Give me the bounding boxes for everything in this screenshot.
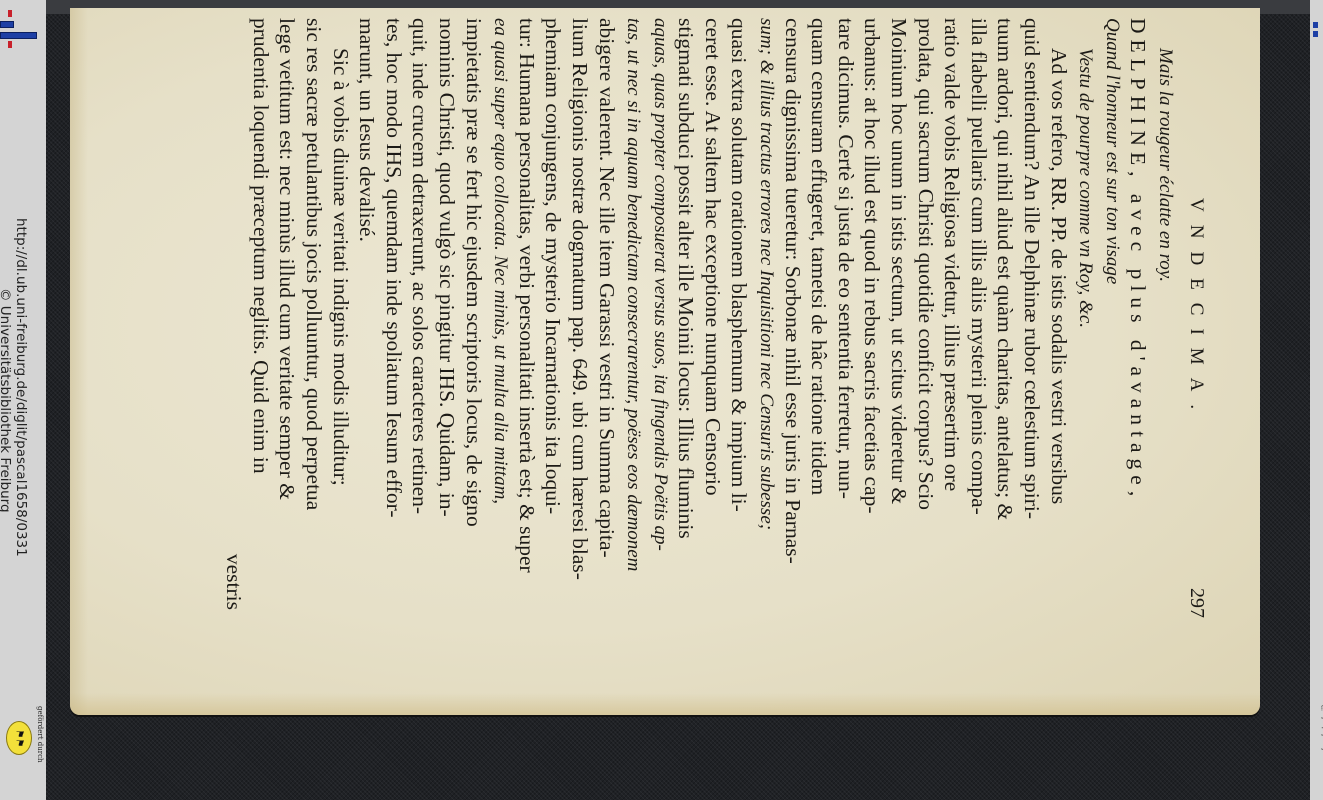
verse-line: Vestu de pourpre comme vn Roy, &c.: [1072, 18, 1099, 618]
flag-icon-right-1: [1313, 22, 1318, 28]
running-head: VNDECIMA.: [1182, 198, 1209, 422]
text-line: nominis Christi, quod vulgò sic pingitur…: [433, 18, 460, 618]
text-line: tare dicimus. Certè si justa de eo sente…: [832, 18, 859, 618]
source-url-link[interactable]: http://dl.ub.uni-freiburg.de/diglit/pasc…: [13, 218, 29, 557]
text-line: lium Religionis nostræ dogmatum pap. 649…: [566, 18, 593, 618]
copyright-text: © Universitätsbibliothek Freiburg: [0, 288, 13, 513]
text-line: prudentia loquendi præceptum neglitis. Q…: [247, 18, 274, 618]
sponsor-logo-icon[interactable]: ⚑⚑: [6, 721, 32, 755]
text-line: Ad vos refero, RR. PP. de istis sodalis …: [1045, 18, 1072, 618]
text-line: sum; & illius tractus errores nec Inquis…: [753, 18, 780, 618]
flag-icon-right-2: [1313, 31, 1318, 37]
text-line: quasi extra solutam orationem blasphemum…: [726, 18, 753, 618]
text-line: marunt, un Iesus devalisé.: [354, 18, 381, 618]
sponsor-label: gefördert durch: [36, 706, 44, 763]
text-line: ea quasi super equo collocata. Nec minùs…: [487, 18, 514, 618]
text-line: illa flabelli puellaris cum illis aliis …: [965, 18, 992, 618]
text-line: ceret esse. At saltem hac exceptione nun…: [699, 18, 726, 618]
text-line: stigmati subduci possit alter ille Moini…: [673, 18, 700, 618]
verse-line: DELPHINE, avec plus d'avantage,: [1125, 18, 1152, 618]
text-line: quam censuram effugeret, tametsi de hâc …: [806, 18, 833, 618]
text-line: tes, hoc modo IHS, quemdam inde spoliatu…: [380, 18, 407, 618]
page-text-block: VNDECIMA. 297 Mais la rougeur éclatte en…: [200, 18, 1210, 618]
text-line: aquas, quas propter composuerat versus s…: [646, 18, 673, 618]
verse-line: Mais la rougeur éclatte en roy.: [1151, 18, 1178, 618]
flag-icon: [8, 10, 12, 17]
flag-icon-bottom: [8, 41, 12, 48]
text-line: Sic à vobis diuinæ veritati indignis mod…: [327, 18, 354, 618]
flag-icon-bar-2: [0, 32, 37, 39]
text-line: Moinium hoc unum in istis sectum, ut sci…: [885, 18, 912, 618]
text-line: censura dignissima tueretur: Sorbonæ nih…: [779, 18, 806, 618]
text-line: prolata, qui sacrum Christi quotidie con…: [912, 18, 939, 618]
text-line: quit, inde crucem detraxerunt, ac solos …: [407, 18, 434, 618]
text-line: tas, ut nec si in aquam benedictam conse…: [620, 18, 647, 618]
catchword: vestris: [221, 18, 248, 618]
page-number: 297: [1183, 588, 1210, 618]
text-line: tuum ardori, qui nihil aliud est quàm ch…: [992, 18, 1019, 618]
text-line: urbanus: at hoc illud est quod in rebus …: [859, 18, 886, 618]
flag-icon-bar-1: [0, 21, 14, 28]
verse-line: Quand l'honneur est sur ton visage: [1098, 18, 1125, 618]
text-line: lege vetitum est: nec minùs illud cum ve…: [274, 18, 301, 618]
text-line: ratio valde vobis Religiosa videtur, ill…: [939, 18, 966, 618]
text-line: impietatis præ se fert hic ejusdem scrip…: [460, 18, 487, 618]
text-line: tur: Humana personalitas, verbi personal…: [513, 18, 540, 618]
text-line: quid sentiendum? An ille Delphinæ rubor …: [1018, 18, 1045, 618]
text-line: sic res sacræ petulantibus jocis polluun…: [300, 18, 327, 618]
text-line: abigere valerent. Nec ille item Garassi …: [593, 18, 620, 618]
text-line: phemiam conjungens, de mysterio Incarnat…: [540, 18, 567, 618]
running-head-row: VNDECIMA. 297: [1178, 18, 1210, 618]
